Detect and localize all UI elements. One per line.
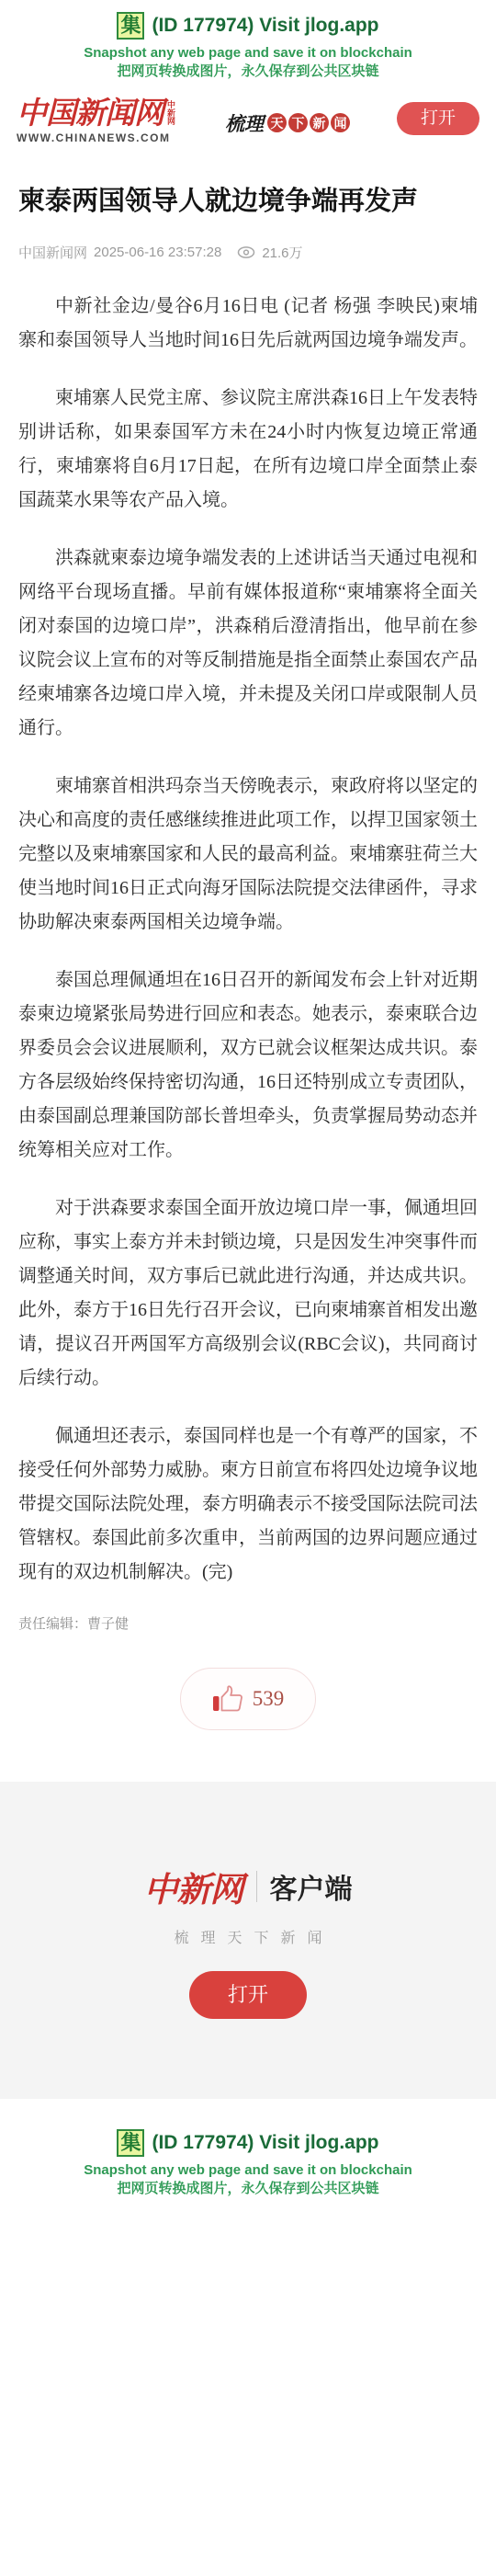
- chinanews-logo[interactable]: 中国新闻网 中新网 WWW.CHINANEWS.COM: [17, 98, 175, 145]
- jlog-subtitle-en: Snapshot any web page and save it on blo…: [0, 2161, 496, 2180]
- footer-slogan: 梳理天下新闻: [162, 1926, 333, 1947]
- slogan-prefix: 梳理: [225, 109, 264, 137]
- open-app-button-footer[interactable]: 打开: [189, 1971, 307, 2019]
- article-paragraph: 泰国总理佩通坦在16日召开的新闻发布会上针对近期泰柬边境紧张局势进行回应和表态。…: [18, 963, 478, 1168]
- article-title: 柬泰两国领导人就边境争端再发声: [18, 183, 478, 221]
- article-paragraph: 洪森就柬泰边境争端发表的上述讲话当天通过电视和网络平台现场直播。早前有媒体报道称…: [18, 541, 478, 746]
- app-footer: 中新网 客户端 梳理天下新闻 打开: [0, 1782, 496, 2099]
- jlog-id-text: (ID 177974) Visit jlog.app: [152, 2132, 378, 2154]
- editor-line: 责任编辑：曹子健: [18, 1613, 478, 1633]
- slogan-stamp-icon: 闻: [331, 113, 350, 132]
- article-datetime: 2025-06-16 23:57:28: [94, 245, 221, 260]
- jlog-subtitle-en: Snapshot any web page and save it on blo…: [0, 44, 496, 63]
- article-body: 中新社金边/曼谷6月16日电 (记者 杨强 李映民)柬埔寨和泰国领导人当地时间1…: [18, 290, 478, 1590]
- article-meta: 中国新闻网 2025-06-16 23:57:28 21.6万: [18, 243, 478, 262]
- jlog-banner-bottom: 集 (ID 177974) Visit jlog.app Snapshot an…: [0, 2117, 496, 2208]
- slogan-stamp-icon: 新: [310, 113, 329, 132]
- article-source: 中国新闻网: [18, 243, 87, 262]
- like-count: 539: [253, 1687, 285, 1711]
- footer-logo-calligraphy: 中新网: [144, 1862, 243, 1911]
- footer-client-label: 客户端: [270, 1866, 353, 1907]
- like-button[interactable]: 539: [180, 1668, 317, 1730]
- jlog-ji-icon: 集: [117, 2129, 144, 2157]
- views-eye-icon: [237, 245, 255, 259]
- article-paragraph: 柬埔寨首相洪玛奈当天傍晚表示，柬政府将以坚定的决心和高度的责任感继续推进此项工作…: [18, 769, 478, 940]
- jlog-link[interactable]: 集 (ID 177974) Visit jlog.app: [117, 2129, 378, 2157]
- open-app-button-header[interactable]: 打开: [397, 102, 479, 136]
- jlog-subtitle-zh: 把网页转换成图片，永久保存到公共区块链: [0, 2180, 496, 2198]
- header-slogan: 梳理 天 下 新 闻: [225, 109, 350, 137]
- jlog-banner-top: 集 (ID 177974) Visit jlog.app Snapshot an…: [0, 0, 496, 91]
- slogan-stamp-icon: 天: [267, 113, 287, 132]
- footer-divider: [256, 1871, 257, 1902]
- logo-domain: WWW.CHINANEWS.COM: [17, 131, 175, 144]
- logo-side-text: 中新网: [166, 100, 175, 125]
- views-count: 21.6万: [262, 243, 302, 262]
- jlog-id-text: (ID 177974) Visit jlog.app: [152, 15, 378, 37]
- slogan-stamp-icon: 下: [288, 113, 308, 132]
- article-paragraph: 柬埔寨人民党主席、参议院主席洪森16日上午发表特别讲话称，如果泰国军方未在24小…: [18, 382, 478, 518]
- jlog-ji-icon: 集: [117, 12, 144, 40]
- jlog-link[interactable]: 集 (ID 177974) Visit jlog.app: [117, 12, 378, 40]
- article: 柬泰两国领导人就边境争端再发声 中国新闻网 2025-06-16 23:57:2…: [0, 183, 496, 1730]
- footer-logo-row: 中新网 客户端: [144, 1862, 353, 1911]
- article-paragraph: 中新社金边/曼谷6月16日电 (记者 杨强 李映民)柬埔寨和泰国领导人当地时间1…: [18, 290, 478, 358]
- article-paragraph: 佩通坦还表示，泰国同样也是一个有尊严的国家，不接受任何外部势力威胁。柬方日前宣布…: [18, 1419, 478, 1590]
- spacer: [0, 2099, 496, 2117]
- jlog-subtitle-zh: 把网页转换成图片，永久保存到公共区块链: [0, 63, 496, 81]
- logo-calligraphy: 中国新闻网: [17, 98, 163, 131]
- article-paragraph: 对于洪森要求泰国全面开放边境口岸一事，佩通坦回应称，事实上泰方并未封锁边境，只是…: [18, 1191, 478, 1396]
- site-header: 中国新闻网 中新网 WWW.CHINANEWS.COM 梳理 天 下 新 闻 打…: [0, 91, 496, 160]
- thumbs-up-icon: [212, 1685, 243, 1713]
